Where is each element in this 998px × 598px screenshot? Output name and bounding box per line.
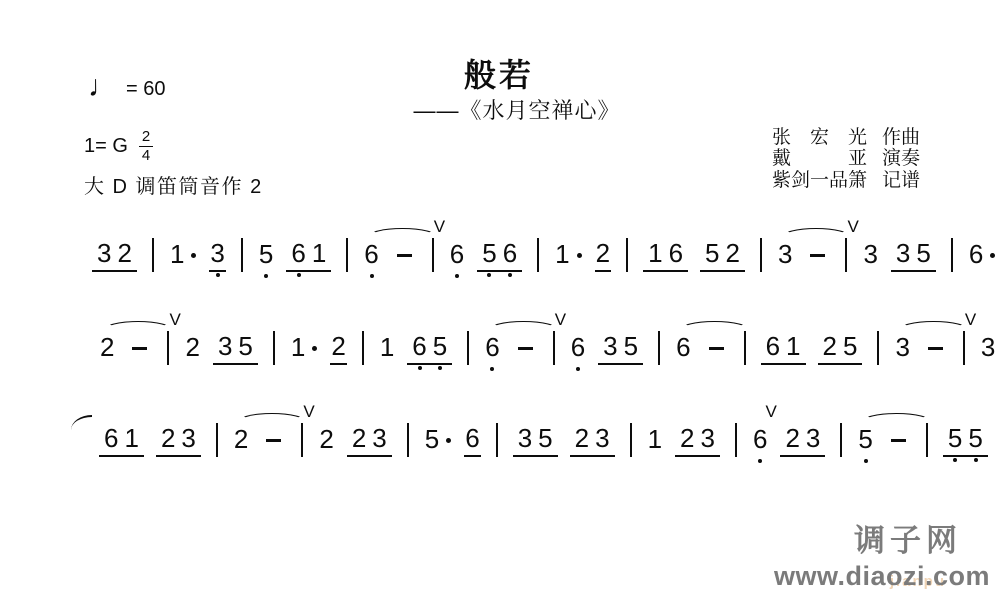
watermark-site-name: 调子网 xyxy=(774,515,990,560)
barline xyxy=(963,331,965,365)
note-digit: 5 xyxy=(843,333,857,359)
note: 5 xyxy=(624,331,638,361)
note: 6 xyxy=(766,331,780,361)
beam-group: 16 xyxy=(643,238,688,272)
note: 2 xyxy=(330,331,346,365)
meter-denominator: 4 xyxy=(139,147,153,164)
note: 2 xyxy=(117,238,131,268)
note: 3 xyxy=(806,423,820,453)
note: 2 xyxy=(785,423,799,453)
note: 3 xyxy=(181,423,195,453)
barline xyxy=(273,331,275,365)
note-digit: 2 xyxy=(234,426,248,452)
beam-group: 61 xyxy=(761,331,806,365)
duration-dash xyxy=(928,347,943,350)
note-digit: 3 xyxy=(896,240,910,266)
note: 1 xyxy=(786,331,800,361)
note: 3 xyxy=(603,331,617,361)
note: 6 xyxy=(291,238,305,268)
note-digit: 3 xyxy=(181,425,195,451)
note: 2 xyxy=(161,423,175,453)
note: 5 xyxy=(843,331,857,361)
tie: 5 xyxy=(851,423,936,457)
note-digit: 6 xyxy=(969,241,983,267)
barline xyxy=(877,331,879,365)
note-digit: 2 xyxy=(785,425,799,451)
note: 3 xyxy=(701,423,715,453)
barline xyxy=(362,331,364,365)
note: 5 xyxy=(538,423,552,453)
barline xyxy=(553,331,555,365)
duration-dash xyxy=(709,347,724,350)
beam-group: 56 xyxy=(477,238,522,272)
note-digit: 5 xyxy=(624,333,638,359)
tie: 3 xyxy=(888,331,973,365)
barline xyxy=(152,238,154,272)
barline xyxy=(301,423,303,457)
note: 3 xyxy=(97,238,111,268)
notator-role: 记谱 xyxy=(882,170,920,191)
note: 2 xyxy=(99,332,115,364)
beam-group: 35 xyxy=(891,238,936,272)
note-digit: 5 xyxy=(482,240,496,266)
barline xyxy=(951,238,953,272)
beam-group: 32 xyxy=(92,238,137,272)
note: 6 xyxy=(412,331,426,361)
note: 5 xyxy=(916,238,930,268)
score-line-3: 61232V2235635231236V235556166 xyxy=(70,416,998,464)
note-digit: 6 xyxy=(753,426,767,452)
note-digit: 6 xyxy=(571,334,585,360)
composer-credit: 张 宏 光 作曲 xyxy=(772,127,920,148)
note: 3 xyxy=(862,239,878,271)
note: 1 xyxy=(169,239,197,271)
tie-fragment xyxy=(71,415,92,430)
barline xyxy=(432,238,434,272)
breath-mark-glyph: V xyxy=(555,311,566,328)
duration-dash xyxy=(132,347,147,350)
note: 1 xyxy=(379,332,395,364)
barline xyxy=(845,238,847,272)
note: 1 xyxy=(312,238,326,268)
note: 3 xyxy=(209,238,225,272)
breath-mark-glyph: V xyxy=(965,311,976,328)
note: 3 xyxy=(595,423,609,453)
composer-role: 作曲 xyxy=(882,127,920,148)
note: 6 xyxy=(464,423,480,457)
tie: 2 xyxy=(227,423,312,457)
note-digit: 6 xyxy=(669,240,683,266)
tie: 3 xyxy=(771,238,856,272)
page-title: 般若 xyxy=(0,50,998,96)
barline xyxy=(658,331,660,365)
duration-dash xyxy=(397,254,412,257)
note: 1 xyxy=(554,239,582,271)
note: 2 xyxy=(352,423,366,453)
note-digit: 2 xyxy=(117,240,131,266)
note: 6 xyxy=(669,238,683,268)
note-digit: 3 xyxy=(210,240,224,266)
score-line-2: 2V235121656V635661253V3356 xyxy=(93,324,998,372)
beam-group: 35 xyxy=(598,331,643,365)
beam-group: 61 xyxy=(286,238,331,272)
note: 5 xyxy=(238,331,252,361)
composer-name: 张 宏 光 xyxy=(772,127,867,148)
note: 5 xyxy=(424,424,452,456)
note-digit: 6 xyxy=(485,334,499,360)
note: 2 xyxy=(575,423,589,453)
note-digit: 2 xyxy=(319,426,333,452)
note-digit: 5 xyxy=(538,425,552,451)
note-digit: 1 xyxy=(170,241,184,267)
breath-mark-glyph: V xyxy=(169,311,180,328)
page-subtitle: ——《水月空禅心》 xyxy=(36,94,998,125)
note: 5 xyxy=(482,238,496,268)
note-digit: 3 xyxy=(372,425,386,451)
note: 2 xyxy=(318,424,334,456)
barline xyxy=(840,423,842,457)
beam-group: 65 xyxy=(407,331,452,365)
note: 5 xyxy=(433,331,447,361)
note-digit: 6 xyxy=(412,333,426,359)
note-digit: 3 xyxy=(981,334,995,360)
note: 3 xyxy=(218,331,232,361)
note-digit: 5 xyxy=(238,333,252,359)
note-digit: 3 xyxy=(778,241,792,267)
beam-group: 23 xyxy=(780,423,825,457)
note-digit: 5 xyxy=(968,425,982,451)
beam-group: 52 xyxy=(700,238,745,272)
note: 5 xyxy=(258,239,274,271)
note: 2 xyxy=(233,424,249,456)
beam-group: 55 xyxy=(943,423,988,457)
note: 6 xyxy=(968,239,996,271)
note: 3 xyxy=(372,423,386,453)
duration-dash xyxy=(266,439,281,442)
meter-numerator: 2 xyxy=(139,129,153,147)
note-digit: 3 xyxy=(806,425,820,451)
tie: 6 xyxy=(669,331,754,365)
note: 5 xyxy=(948,423,962,453)
note-digit: 5 xyxy=(259,241,273,267)
note: 1 xyxy=(648,238,662,268)
note-digit: 2 xyxy=(596,240,610,266)
beam-group: 35 xyxy=(213,331,258,365)
breath-mark-glyph: V xyxy=(847,218,858,235)
tie: 6 xyxy=(478,331,563,365)
breath-mark-glyph: V xyxy=(434,218,445,235)
note: 2 xyxy=(595,238,611,272)
note: 3 xyxy=(518,423,532,453)
note-digit: 2 xyxy=(100,334,114,360)
note-digit: 3 xyxy=(603,333,617,359)
augmentation-dot xyxy=(312,346,317,351)
note: 1 xyxy=(290,332,318,364)
barline xyxy=(496,423,498,457)
duration-dash xyxy=(891,439,906,442)
barline xyxy=(537,238,539,272)
note: 1 xyxy=(124,423,138,453)
note-digit: 5 xyxy=(705,240,719,266)
note: 6 xyxy=(104,423,118,453)
note-digit: 1 xyxy=(555,241,569,267)
performer-role: 演奏 xyxy=(882,148,920,169)
note-digit: 2 xyxy=(352,425,366,451)
barline xyxy=(346,238,348,272)
credits: 张 宏 光 作曲 戴 亚 演奏 紫剑一品箫 记谱 xyxy=(772,127,920,191)
note-digit: 1 xyxy=(648,240,662,266)
note-digit: 3 xyxy=(895,334,909,360)
key-prefix: 1= G xyxy=(84,135,128,158)
note-digit: 5 xyxy=(948,425,962,451)
score-line-1: 32135616V6561216523V33565663 xyxy=(86,231,998,279)
note: 2 xyxy=(680,423,694,453)
barline xyxy=(626,238,628,272)
note-digit: 6 xyxy=(450,241,464,267)
note: 6 xyxy=(752,424,768,456)
note-digit: 2 xyxy=(575,425,589,451)
note-digit: 1 xyxy=(648,426,662,452)
augmentation-dot xyxy=(990,253,995,258)
beam-group: 23 xyxy=(156,423,201,457)
note-digit: 3 xyxy=(595,425,609,451)
note-digit: 3 xyxy=(97,240,111,266)
note: 2 xyxy=(823,331,837,361)
notator-name: 紫剑一品箫 xyxy=(772,170,867,191)
note-digit: 6 xyxy=(104,425,118,451)
augmentation-dot xyxy=(191,253,196,258)
beam-group: 23 xyxy=(570,423,615,457)
barline xyxy=(167,331,169,365)
note-digit: 6 xyxy=(291,240,305,266)
note-digit: 5 xyxy=(858,426,872,452)
note-digit: 2 xyxy=(331,333,345,359)
duration-dash xyxy=(810,254,825,257)
tie: 6 xyxy=(357,238,442,272)
augmentation-dot xyxy=(577,253,582,258)
beam-group: 61 xyxy=(99,423,144,457)
note-digit: 2 xyxy=(161,425,175,451)
watermark-site-url: www.diaozi.com xyxy=(774,561,990,592)
note: 3 xyxy=(894,332,910,364)
note-digit: 6 xyxy=(465,425,479,451)
note: 3 xyxy=(777,239,793,271)
barline xyxy=(216,423,218,457)
meter-fraction: 2 4 xyxy=(139,129,153,164)
beam-group: 23 xyxy=(675,423,720,457)
site-watermark: 调子网 www.diaozi.com xyxy=(774,515,990,592)
note-digit: 1 xyxy=(380,334,394,360)
performer-credit: 戴 亚 演奏 xyxy=(772,148,920,169)
note-digit: 3 xyxy=(701,425,715,451)
note-digit: 6 xyxy=(676,334,690,360)
note: 6 xyxy=(363,239,379,271)
note-digit: 1 xyxy=(786,333,800,359)
performer-name: 戴 亚 xyxy=(772,148,867,169)
note: 6 xyxy=(449,239,465,271)
note: 6 xyxy=(503,238,517,268)
note-digit: 6 xyxy=(766,333,780,359)
note: 5 xyxy=(968,423,982,453)
note: 5 xyxy=(705,238,719,268)
barline xyxy=(467,331,469,365)
note-digit: 1 xyxy=(291,334,305,360)
note-digit: 3 xyxy=(863,241,877,267)
note-digit: 1 xyxy=(312,240,326,266)
instrument-note: 大 D 调笛筒音作 2 xyxy=(84,170,263,199)
notator-credit: 紫剑一品箫 记谱 xyxy=(772,170,920,191)
augmentation-dot xyxy=(446,438,451,443)
barline xyxy=(744,331,746,365)
note-digit: 2 xyxy=(680,425,694,451)
note-digit: 3 xyxy=(518,425,532,451)
key-signature: 1= G 2 4 xyxy=(84,129,153,164)
note-digit: 2 xyxy=(726,240,740,266)
note-digit: 5 xyxy=(916,240,930,266)
note-digit: 2 xyxy=(823,333,837,359)
breath-mark-glyph: V xyxy=(303,403,314,420)
note: 2 xyxy=(184,332,200,364)
barline xyxy=(926,423,928,457)
note: 3 xyxy=(980,332,996,364)
note: 1 xyxy=(647,424,663,456)
note: 2 xyxy=(726,238,740,268)
note-digit: 2 xyxy=(185,334,199,360)
note: 6 xyxy=(570,332,586,364)
note-digit: 3 xyxy=(218,333,232,359)
beam-group: 25 xyxy=(818,331,863,365)
beam-group: 35 xyxy=(513,423,558,457)
tie: 2 xyxy=(93,331,178,365)
note-digit: 5 xyxy=(433,333,447,359)
duration-dash xyxy=(518,347,533,350)
note-digit: 6 xyxy=(503,240,517,266)
note: 3 xyxy=(896,238,910,268)
barline xyxy=(241,238,243,272)
beam-group: 23 xyxy=(347,423,392,457)
breath-mark-glyph: V xyxy=(765,403,776,420)
note-digit: 6 xyxy=(364,241,378,267)
note: 6 xyxy=(675,332,691,364)
note-digit: 5 xyxy=(425,426,439,452)
note: 6 xyxy=(484,332,500,364)
note-digit: 1 xyxy=(124,425,138,451)
barline xyxy=(407,423,409,457)
barline xyxy=(630,423,632,457)
note: 5 xyxy=(857,424,873,456)
barline xyxy=(760,238,762,272)
barline xyxy=(735,423,737,457)
